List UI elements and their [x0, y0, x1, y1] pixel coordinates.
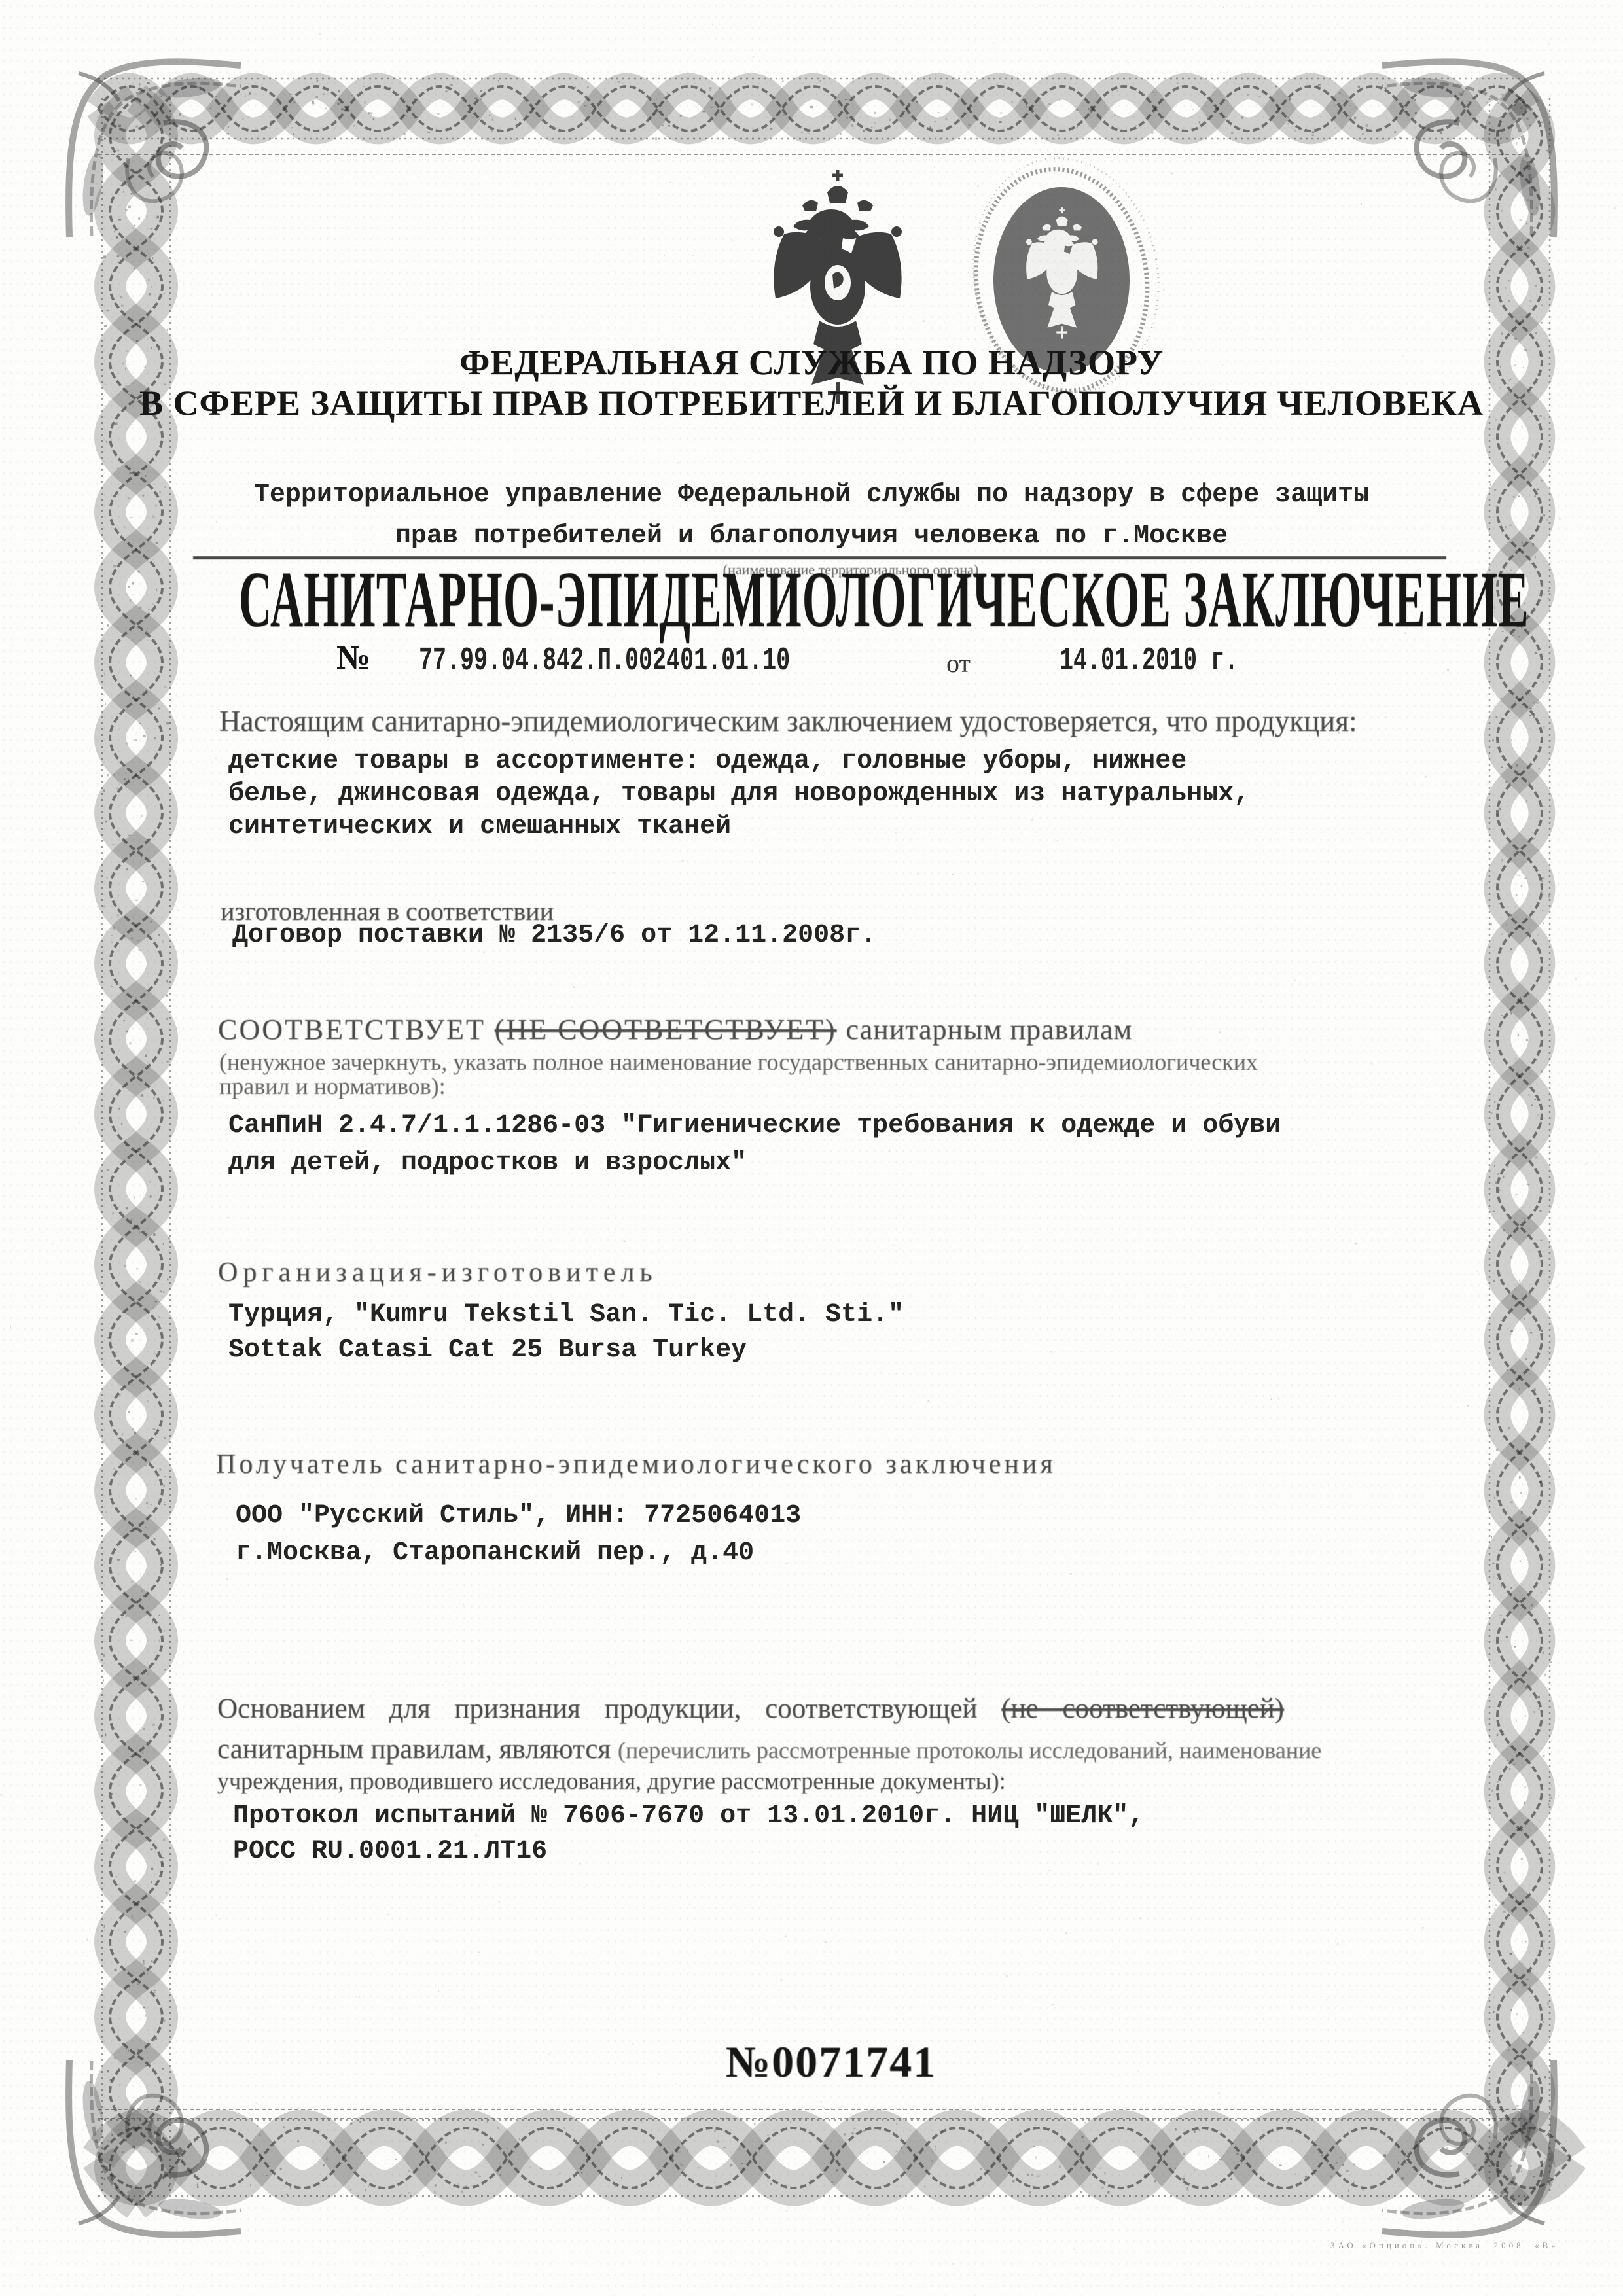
sanpin-reference-line: для детей, подростков и взрослых" [228, 1148, 747, 1178]
recipient-line: ООО "Русский Стиль", ИНН: 7725064013 [236, 1501, 801, 1530]
compliance-note-line2: правил и нормативов): [219, 1072, 446, 1100]
territorial-body-line1: Территориальное управление Федеральной с… [0, 480, 1623, 510]
sanitary-rules-text: санитарным правилам [846, 1014, 1133, 1046]
blank-form-number: №0071741 [681, 2036, 982, 2088]
certificate-number: 77.99.04.842.П.002401.01.10 [419, 643, 790, 680]
document-title: САНИТАРНО-ЭПИДЕМИОЛОГИЧЕСКОЕ ЗАКЛЮЧЕНИЕ [239, 560, 1529, 640]
printer-imprint-microtext: ЗАО «Опцион». Москва. 2008. «В». [1080, 2240, 1564, 2251]
territorial-body-line2: прав потребителей и благополучия человек… [0, 521, 1623, 551]
manufacturer-label: Организация-изготовитель [218, 1257, 658, 1288]
from-label: от [946, 648, 971, 679]
sanpin-reference-line: СанПиН 2.4.7/1.1.1286-03 "Гигиенические … [228, 1111, 1281, 1140]
corresponds-text: СООТВЕТСТВУЕТ [218, 1014, 486, 1046]
test-protocol-line: Протокол испытаний № 7606-7670 от 13.01.… [233, 1801, 1144, 1831]
manufacturer-line: Sottak Catasi Cat 25 Bursa Turkey [228, 1335, 747, 1365]
supply-contract-value: Договор поставки № 2135/6 от 12.11.2008г… [232, 921, 876, 950]
basis-not-corresponding-strikethrough: (не соответствующей) [1001, 1693, 1284, 1724]
basis-line2: санитарным правилам, являются (перечисли… [217, 1733, 1321, 1765]
certificate-date: 14.01.2010 г. [1060, 643, 1238, 680]
certificate-page: ФЕДЕРАЛЬНАЯ СЛУЖБА ПО НАДЗОРУ В СФЕРЕ ЗА… [0, 0, 1623, 2296]
recipient-line: г.Москва, Старопанский пер., д.40 [236, 1538, 754, 1568]
test-protocol-line: РОСС RU.0001.21.ЛТ16 [233, 1837, 547, 1866]
basis-line2-note: (перечислить рассмотренные протоколы исс… [618, 1737, 1321, 1763]
certify-intro-text: Настоящим санитарно-эпидемиологическим з… [219, 704, 1357, 738]
not-corresponds-strikethrough: (НЕ СООТВЕТСТВУЕТ) [495, 1014, 837, 1046]
product-line: белье, джинсовая одежда, товары для ново… [228, 779, 1249, 809]
basis-line2-text: санитарным правилам, являются [217, 1734, 618, 1765]
manufacturer-line: Турция, "Kumru Tekstil San. Tic. Ltd. St… [228, 1300, 904, 1330]
basis-line1-text: Основанием для признания продукции, соот… [217, 1693, 977, 1724]
recipient-label: Получатель санитарно-эпидемиологического… [216, 1449, 1056, 1480]
service-name-line1: ФЕДЕРАЛЬНАЯ СЛУЖБА ПО НАДЗОРУ [0, 342, 1623, 383]
service-name-line2: В СФЕРЕ ЗАЩИТЫ ПРАВ ПОТРЕБИТЕЛЕЙ И БЛАГО… [0, 383, 1623, 423]
compliance-line: СООТВЕТСТВУЕТ (НЕ СООТВЕТСТВУЕТ) санитар… [218, 1013, 1132, 1046]
basis-line3-note: учреждения, проводившего исследования, д… [217, 1767, 1006, 1795]
basis-line1: Основанием для признания продукции, соот… [217, 1693, 1284, 1725]
product-line: синтетических и смешанных тканей [228, 812, 731, 841]
compliance-note-line1: (ненужное зачеркнуть, указать полное наи… [219, 1048, 1258, 1076]
number-sign-label: № [336, 639, 370, 677]
product-line: детские товары в ассортименте: одежда, г… [228, 747, 1186, 776]
